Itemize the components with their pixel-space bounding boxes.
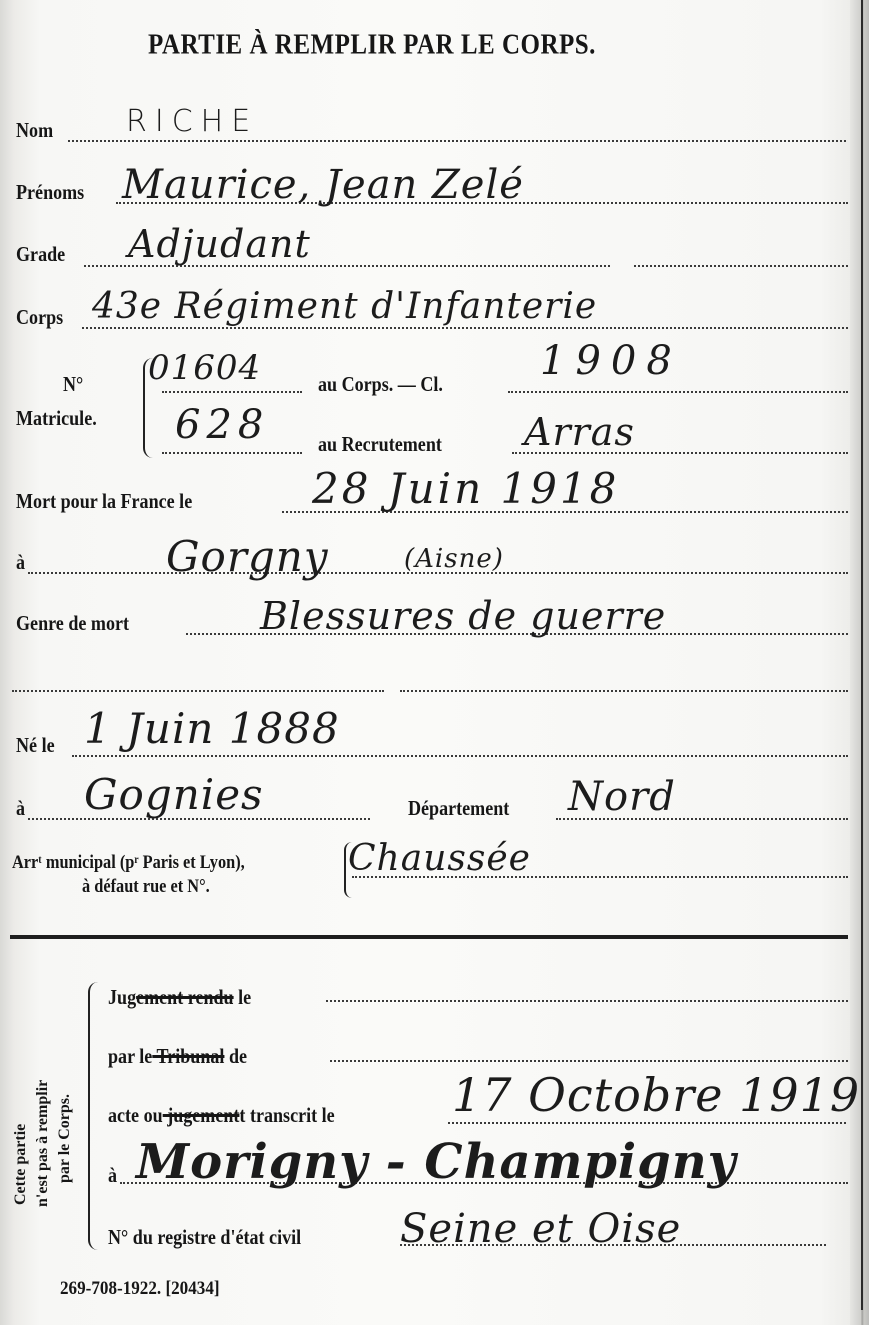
recrutement-number-value[interactable]: 628 — [175, 402, 269, 448]
corps-label: Corps — [16, 305, 63, 330]
lieu-label: à — [108, 1163, 117, 1188]
card-border-right — [861, 0, 863, 1310]
classe-line — [508, 391, 848, 393]
side-note-line-3: par le Corps. — [56, 1094, 74, 1183]
side-note: Cette partie n'est pas à remplir par le … — [6, 975, 86, 1215]
grade-label: Grade — [16, 242, 65, 267]
ne-le-line — [72, 755, 848, 757]
arrondissement-label-2: à défaut rue et N°. — [82, 876, 210, 898]
nom-label: Nom — [16, 118, 53, 143]
lieu-value[interactable]: Morigny - Champigny — [136, 1134, 737, 1190]
transcrit-line — [448, 1122, 846, 1124]
jugement-line — [326, 1000, 848, 1002]
registre-value[interactable]: Seine et Oise — [400, 1206, 681, 1252]
side-note-line-1: Cette partie — [12, 1124, 30, 1205]
grade-value[interactable]: Adjudant — [128, 222, 311, 266]
genre-de-mort-value[interactable]: Blessures de guerre — [260, 594, 666, 638]
ne-a-label: à — [16, 796, 25, 821]
jugement-label: Jugement rendu le — [108, 985, 251, 1010]
matricule-corps-line — [162, 391, 302, 393]
recrutement-label: au Recrutement — [318, 432, 442, 457]
mort-a-label: à — [16, 550, 25, 575]
transcrit-value[interactable]: 17 Octobre 1919 — [452, 1068, 860, 1122]
section-divider — [10, 935, 848, 939]
tribunal-label: par le Tribunal de — [108, 1044, 247, 1069]
arrondissement-value[interactable]: Chaussée — [348, 838, 531, 879]
matricule-label: Matricule. — [16, 406, 97, 431]
ne-le-value[interactable]: 1 Juin 1888 — [84, 704, 340, 753]
matricule-no-label: N° — [63, 372, 83, 397]
nom-line — [68, 140, 846, 142]
au-corps-label: au Corps. — Cl. — [318, 372, 443, 397]
corps-line — [82, 327, 848, 329]
lower-section-brace — [88, 982, 98, 1250]
scan-edge — [850, 0, 869, 1325]
print-reference: 269-708-1922. [20434] — [60, 1278, 220, 1300]
prenoms-label: Prénoms — [16, 180, 84, 205]
blank-line-2 — [400, 690, 848, 692]
genre-de-mort-label: Genre de mort — [16, 611, 129, 636]
arrondissement-label-1: Arrᵗ municipal (pʳ Paris et Lyon), — [12, 852, 245, 874]
classe-value[interactable]: 1908 — [540, 338, 682, 384]
departement-label: Département — [408, 796, 509, 821]
side-note-line-2: n'est pas à remplir — [34, 1080, 52, 1207]
tribunal-line — [330, 1060, 848, 1062]
mort-le-label: Mort pour la France le — [16, 489, 192, 514]
mort-a-note[interactable]: (Aisne) — [404, 544, 504, 574]
departement-value[interactable]: Nord — [568, 774, 676, 820]
nom-value[interactable]: RICHE — [126, 104, 258, 139]
recrutement-place-value[interactable]: Arras — [524, 410, 635, 454]
mort-le-value[interactable]: 28 Juin 1918 — [312, 464, 619, 513]
ne-a-value[interactable]: Gognies — [84, 770, 264, 819]
mort-a-value[interactable]: Gorgny — [166, 532, 329, 581]
prenoms-value[interactable]: Maurice, Jean Zelé — [122, 162, 524, 208]
transcrit-label: acte ou jugementt transcrit le — [108, 1103, 335, 1128]
matricule-recrutement-line — [162, 452, 302, 454]
ne-le-label: Né le — [16, 733, 55, 758]
blank-line-1 — [12, 690, 384, 692]
grade-line-2 — [634, 265, 848, 267]
corps-value[interactable]: 43e Régiment d'Infanterie — [92, 286, 597, 327]
registre-label: N° du registre d'état civil — [108, 1225, 301, 1250]
matricule-corps-value[interactable]: 01604 — [148, 348, 261, 388]
form-title: PARTIE À REMPLIR PAR LE CORPS. — [148, 30, 748, 61]
